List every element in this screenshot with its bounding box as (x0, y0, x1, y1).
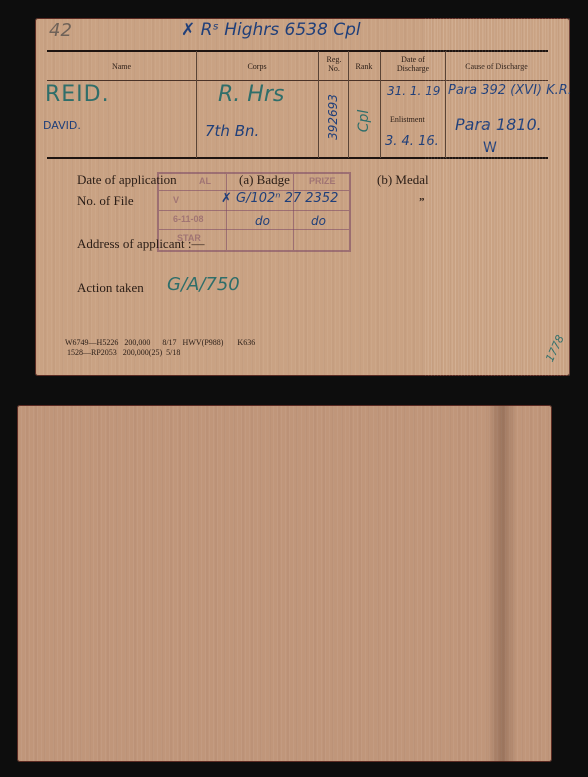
corps-line-2: 7th Bn. (205, 122, 259, 140)
discharge-date: 31. 1. 19 (387, 84, 440, 98)
file-number-label: No. of File (77, 193, 134, 209)
cause-line-2: Para 1810. (455, 115, 542, 134)
date-of-application-label: Date of application (77, 172, 177, 188)
enlistment-date: 3. 4. 16. (385, 134, 439, 149)
badge-label: (a) Badge (239, 172, 290, 188)
enlistment-label: Enlistment (390, 115, 425, 124)
ditto-medal: do (311, 214, 326, 228)
rank-value: Cpl (356, 105, 372, 137)
table-bottom-rule (47, 157, 548, 159)
stamp-text: 6-11-08 (173, 214, 204, 224)
address-of-applicant-label: Address of applicant :— (77, 236, 204, 252)
header-cause-of-discharge: Cause of Discharge (445, 62, 548, 71)
action-taken-value: G/A/750 (167, 274, 240, 295)
forename: DAVID. (43, 119, 81, 132)
medal-card-back (17, 405, 552, 762)
print-code-line-2: 1528—RP2053 200,000(25) 5/18 (67, 348, 180, 357)
column-divider (380, 51, 381, 158)
header-rank: Rank (348, 62, 380, 71)
stamp-text: AL (199, 176, 211, 186)
table-header-rule (47, 80, 548, 81)
cause-line-3: W (483, 140, 497, 156)
cause-line-1: Para 392 (XVI) K.R. (448, 83, 572, 98)
header-corps: Corps (196, 62, 318, 71)
margin-note: 1778 (543, 333, 567, 364)
medal-label: (b) Medal (377, 172, 429, 188)
print-code-line-1: W6749—H5226 200,000 8/17 HWV(P988) K636 (65, 338, 255, 347)
action-taken-label: Action taken (77, 280, 144, 296)
header-name: Name (47, 62, 196, 71)
ditto-mark: ” (419, 196, 425, 208)
header-reg-no: Reg. No. (325, 55, 343, 73)
reg-no-value: 392693 (326, 91, 340, 143)
surname: REID. (45, 82, 110, 107)
file-number-value: ✗ G/102ⁿ 27 2352 (221, 191, 338, 206)
header-date-of-discharge: Date of Discharge (387, 55, 439, 73)
table-top-rule (47, 50, 548, 52)
top-annotation: ✗ Rˢ Highrs 6538 Cpl (181, 20, 361, 40)
corner-pencil-mark: 42 (49, 20, 72, 41)
stamp-text: V (173, 195, 179, 205)
stamp-text: PRIZE (309, 176, 336, 186)
ditto-badge: do (255, 214, 270, 228)
column-divider (318, 51, 319, 158)
medal-card-front: 42 ✗ Rˢ Highrs 6538 Cpl Name Corps Reg. … (35, 18, 570, 376)
corps-line-1: R. Hrs (218, 82, 284, 107)
